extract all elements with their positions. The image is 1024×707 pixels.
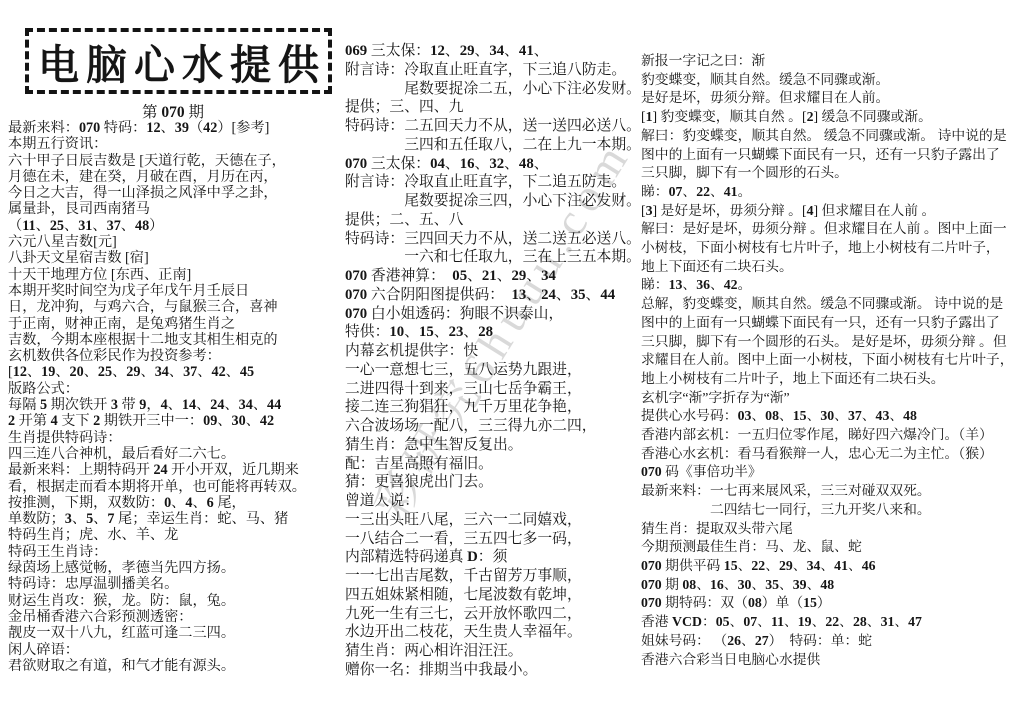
- text-line: 特码诗：三四回天力不从，送二送五必送八。: [345, 230, 647, 249]
- text-line: 070 期特码：双（08）单（15）: [641, 594, 1023, 613]
- text-line: 十天干地理方位 [东西、正南]: [8, 267, 344, 283]
- text-line: 070 香港神算： 05、21、29、34: [345, 267, 647, 286]
- text-line: 四五姐妹紧相随，七尾波数有乾坤，: [345, 586, 647, 605]
- text-line: 求耀目在人前。图中上面一小树枝，下面小树枝有七片叶子，: [641, 351, 1023, 370]
- text-line: 每隔 5 期次铁开 3 带 9，4、14、24、34、44: [8, 397, 344, 413]
- text-line: 四三连八合神机，最后看好二六七。: [8, 446, 344, 462]
- text-line: 本期五行资讯：: [8, 136, 344, 152]
- text-line: 本期开奖时间空为戊子年戊午月壬辰日: [8, 283, 344, 299]
- text-line: 图中的上面有一只蝴蝶下面民有一只，还有一只豹子露出了: [641, 146, 1023, 165]
- text-line: 特供：10、15、23、28: [345, 323, 647, 342]
- text-line: 闲人碎语：: [8, 642, 344, 658]
- title-box: 电脑心水提供: [25, 28, 332, 94]
- text-line: 吉数，今期本座根据十二地支其相生相克的: [8, 332, 344, 348]
- text-line: 尾数要捉凃三四，小心下注必发财。: [345, 192, 647, 211]
- text-line: 总解，豹变蝶变，顺其自然。缓急不同骤或渐。 诗中说的是: [641, 295, 1023, 314]
- text-line: 金吊桶香港六合彩预测透密：: [8, 609, 344, 625]
- text-line: 小树枝，下面小树枝有七片叶子，地上小树枝有二片叶子，: [641, 239, 1023, 258]
- text-line: 月德在未，建在癸，月破在酉，月历在丙，: [8, 169, 344, 185]
- text-line: 070 码《事倍功半》: [641, 463, 1023, 482]
- text-line: 最新来料：一七再来展风采，三三对碰双双死。: [641, 482, 1023, 501]
- text-line: 提供心水号码：03、08、15、30、37、43、48: [641, 407, 1023, 426]
- text-line: 单数防；3、5、7 尾；幸运生肖：蛇、马、猪: [8, 511, 344, 527]
- text-line: 最新来料：070 特码：12、39（42）[参考]: [8, 120, 344, 136]
- middle-column: 069 三太保：12、29、34、41、附言诗：冷取直止旺直字，下三追八防走。 …: [345, 42, 647, 680]
- text-line: 070 六合阴阳图提供码： 13、24、35、44: [345, 286, 647, 305]
- text-line: 069 三太保：12、29、34、41、: [345, 42, 647, 61]
- text-line: 一六和七任取九，三在上三五本期。: [345, 248, 647, 267]
- text-line: 曾道人说：: [345, 492, 647, 511]
- text-line: 今日之大吉，得一山泽损之风泽中孚之卦，: [8, 185, 344, 201]
- page-title: 电脑心水提供: [31, 32, 326, 91]
- text-line: 三只脚，脚下有一个圆形的石头。: [641, 164, 1023, 183]
- text-line: 解曰：是好是坏，毋须分辩 。但求耀目在人前 。图中上面一: [641, 220, 1023, 239]
- text-line: 豹变蝶变，顺其自然。缓急不同骤或渐。: [641, 71, 1023, 90]
- text-line: 解曰：豹变蝶变，顺其自然。 缓急不同骤或渐。 诗中说的是: [641, 127, 1023, 146]
- text-line: 睇：13、36、42。: [641, 276, 1023, 295]
- text-line: 特码诗：忠厚温驯播美名。: [8, 576, 344, 592]
- text-line: 六十甲子日辰吉数是 [天道行乾，天德在子，: [8, 153, 344, 169]
- text-line: 一心一意想七三，五八运势九跟进，: [345, 361, 647, 380]
- text-line: 图中的上面有一只蝴蝶下面民有一只，还有一只豹子露出了: [641, 314, 1023, 333]
- text-line: 猜生肖：急中生智反复出。: [345, 436, 647, 455]
- issue-number: 第 070 期: [8, 100, 338, 122]
- text-line: 特码王生肖诗：: [8, 544, 344, 560]
- text-line: 附言诗：冷取直止旺直字，下二追五防走。: [345, 173, 647, 192]
- text-line: 提供；二、五、八: [345, 211, 647, 230]
- text-line: 尾数要捉凃二五，小心下注必发财。: [345, 80, 647, 99]
- text-line: 内幕玄机提供字：快: [345, 342, 647, 361]
- text-line: 香港心水玄机：看马看猴辩一人，忠心无二为主忙。（猴）: [641, 445, 1023, 464]
- text-line: 八卦天文星宿吉数 [宿]: [8, 250, 344, 266]
- text-line: 070 期 08、16、30、35、39、48: [641, 576, 1023, 595]
- text-line: 附言诗：冷取直止旺直字，下三追八防走。: [345, 61, 647, 80]
- text-line: [12、19、20、25、29、34、37、42、45: [8, 364, 344, 380]
- text-line: 第 070 期: [8, 100, 338, 122]
- text-line: 赠你一名：排期当中我最小。: [345, 661, 647, 680]
- text-line: 地上小树枝有二片叶子，地上下面还有二块石头。: [641, 370, 1023, 389]
- text-line: 六元八星吉数[元]: [8, 234, 344, 250]
- text-line: 二进四得十到来，三山七岳争霸王，: [345, 380, 647, 399]
- text-line: 香港内部玄机：一五归位零作尾，睇好四六爆冷门。（羊）: [641, 426, 1023, 445]
- text-line: 香港 VCD：05、07、11、19、22、28、31、47: [641, 613, 1023, 632]
- text-line: 绿茵场上感觉畅，孝德当先四方扬。: [8, 560, 344, 576]
- text-line: 070 三太保：04、16、32、48、: [345, 155, 647, 174]
- text-line: 地上下面还有二块石头。: [641, 258, 1023, 277]
- text-line: 配：吉星高照有福旧。: [345, 455, 647, 474]
- right-column: 新报一字记之曰：渐豹变蝶变，顺其自然。缓急不同骤或渐。是好是坏，毋须分辩。但求耀…: [641, 52, 1023, 669]
- text-line: 猜生肖：两心相许泪汪汪。: [345, 642, 647, 661]
- text-line: 特码生肖；虎、水、羊、龙: [8, 527, 344, 543]
- text-line: 2 开第 4 支下 2 期铁开三中一：09、30、42: [8, 413, 344, 429]
- text-line: 版路公式：: [8, 381, 344, 397]
- text-line: 姐妹号码： （26、27） 特码：单：蛇: [641, 632, 1023, 651]
- text-line: 一三出头旺八尾，三六一二同嬉戏，: [345, 511, 647, 530]
- text-line: 三四和五任取八，二在上九一本期。: [345, 136, 647, 155]
- text-line: 君欲财取之有道，和气才能有源头。: [8, 658, 344, 674]
- text-line: 猜：更喜狼虎出门去。: [345, 473, 647, 492]
- text-line: 水边开出二枝花，天生贵人幸福年。: [345, 623, 647, 642]
- text-line: 看，根据走而看本期将开单，也可能将再转双。: [8, 479, 344, 495]
- text-line: 于正南，财神正南，是兔鸡猪生肖之: [8, 316, 344, 332]
- text-line: 玄机字“渐”字折存为“渐”: [641, 389, 1023, 408]
- text-line: 070 白小姐透码：狗眼不识泰山，: [345, 305, 647, 324]
- text-line: 按推测，下期，双数防：0、4、6 尾，: [8, 495, 344, 511]
- text-line: 一一七出吉尾数，千古留芳万事顺，: [345, 567, 647, 586]
- tip-sheet-page: 彩研究6huuu.com 电脑心水提供 第 070 期 最新来料：070 特码：…: [0, 0, 1024, 707]
- text-line: 猜生肖：提取双头带六尾: [641, 520, 1023, 539]
- text-line: 接二连三狗猖狂，九千万里花争艳，: [345, 398, 647, 417]
- text-line: 香港六合彩当日电脑心水提供: [641, 651, 1023, 670]
- text-line: 特码诗：二五回天力不从，送一送四必送八。: [345, 117, 647, 136]
- text-line: [3] 是好是坏，毋须分辩 。[4] 但求耀目在人前 。: [641, 202, 1023, 221]
- text-line: 新报一字记之曰：渐: [641, 52, 1023, 71]
- text-line: 财运生肖攻：猴，龙。防：鼠，兔。: [8, 593, 344, 609]
- text-line: 靓皮一双十八九，红蓝可逢二三四。: [8, 625, 344, 641]
- left-column: 最新来料：070 特码：12、39（42）[参考]本期五行资讯：六十甲子日辰吉数…: [8, 120, 344, 674]
- text-line: 是好是坏，毋须分辩。但求耀目在人前。: [641, 89, 1023, 108]
- text-line: 070 期供平码 15、22、29、34、41、46: [641, 557, 1023, 576]
- text-line: 属量卦，艮司西南猪马: [8, 201, 344, 217]
- text-line: 一八结合二一看，三五四七多一码，: [345, 530, 647, 549]
- text-line: （11、25、31、37、48）: [8, 218, 344, 234]
- text-line: 生肖提供特码诗：: [8, 430, 344, 446]
- text-line: 最新来料：上期特码开 24 开小开双，近几期来: [8, 462, 344, 478]
- text-line: 三只脚，脚下有一个圆形的石头。 是好是坏，毋须分辩 。但: [641, 333, 1023, 352]
- text-line: 六合波场场一配八，三三得九亦二四，: [345, 417, 647, 436]
- text-line: 睇：07、22、41。: [641, 183, 1023, 202]
- text-line: 今期预测最佳生肖：马、龙、鼠、蛇: [641, 538, 1023, 557]
- text-line: 九死一生有三七，云开放怀歌四二，: [345, 605, 647, 624]
- text-line: 提供；三、四、九: [345, 98, 647, 117]
- text-line: [1] 豹变蝶变，顺其自然 。[2] 缓急不同骤或渐。: [641, 108, 1023, 127]
- text-line: 内部精选特码递真 D：须: [345, 548, 647, 567]
- text-line: 二四结七一同行，三九开奖八来和。: [641, 501, 1023, 520]
- text-line: 日，龙冲狗，与鸡六合，与鼠猴三合，喜神: [8, 299, 344, 315]
- text-line: 玄机数供各位彩民作为投资参考：: [8, 348, 344, 364]
